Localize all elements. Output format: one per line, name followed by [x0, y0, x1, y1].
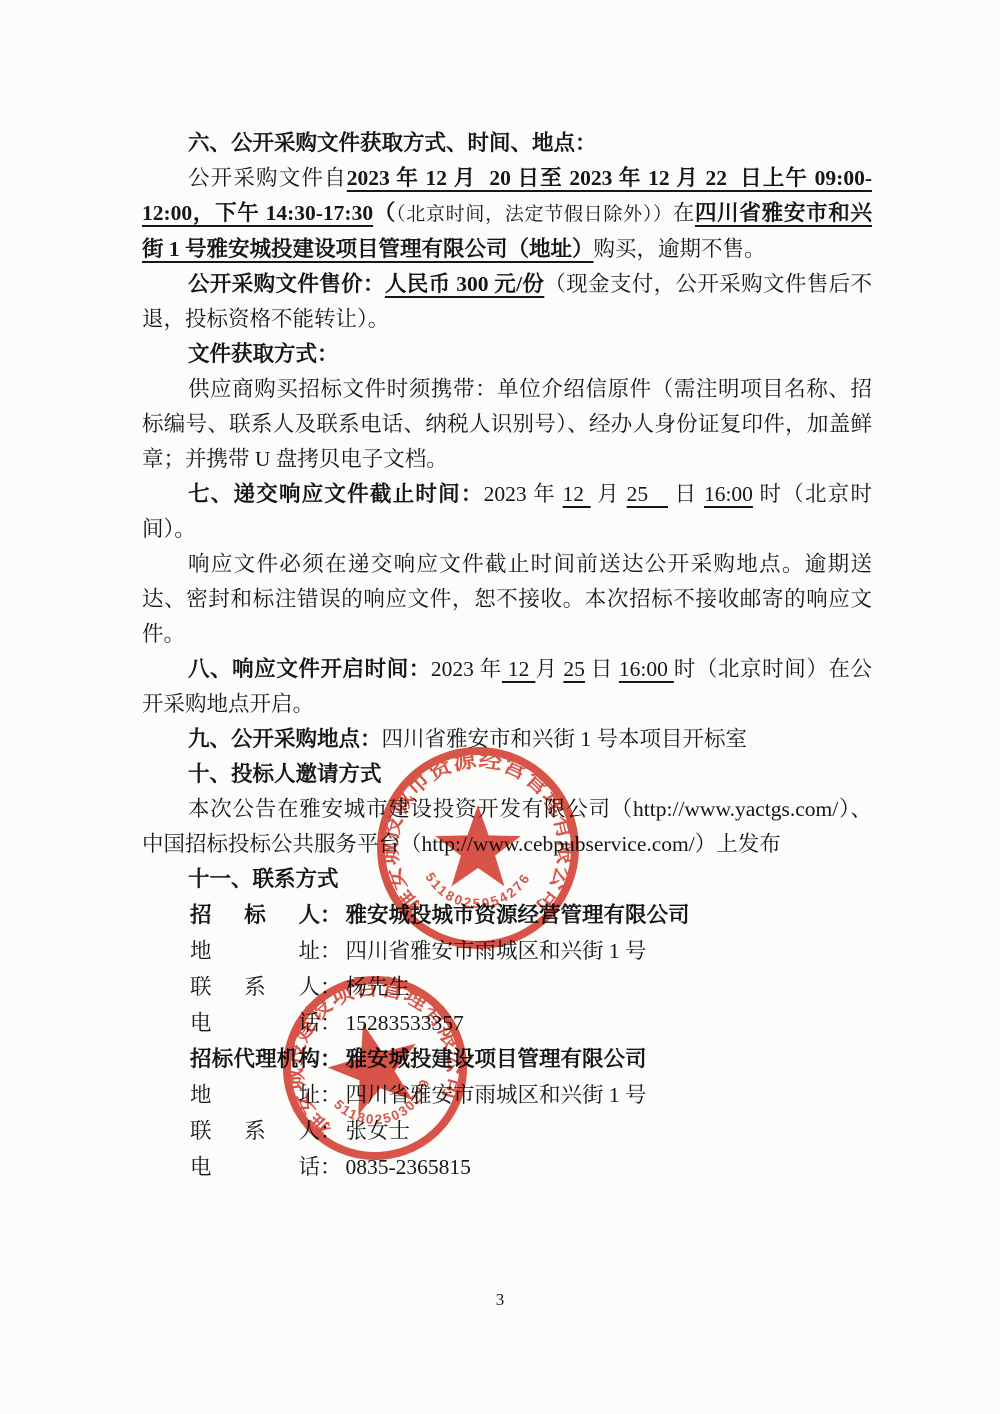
contact-label: 电话	[190, 1149, 320, 1185]
section-11-heading: 十一、联系方式	[142, 862, 872, 897]
contact-label: 电话	[190, 1005, 320, 1041]
s8-month-underlined: 12	[502, 657, 535, 681]
section-9-value: 四川省雅安市和兴街 1 号本项目开标室	[382, 727, 748, 751]
agency-address: 四川省雅安市雨城区和兴街 1 号	[346, 1083, 647, 1107]
s8-time-underlined: 16:00	[619, 657, 674, 681]
contact-colon: ：	[320, 1047, 342, 1071]
acquisition-prefix: 公开采购文件自	[188, 166, 347, 190]
contact-row-address-2: 地址：四川省雅安市雨城区和兴街 1 号	[142, 1077, 872, 1113]
section-10-paragraph-announcement: 本次公告在雅安城市建设投资开发有限公司（http://www.yactgs.co…	[142, 792, 872, 862]
file-method-heading: 文件获取方式：	[142, 337, 872, 372]
tenderer-phone: 15283533357	[346, 1011, 464, 1035]
agency-phone: 0835-2365815	[346, 1155, 471, 1179]
beijing-time-note: （北京时间，法定节假日除外））	[396, 204, 673, 225]
tenderer-name: 雅安城投城市资源经营管理有限公司	[346, 903, 690, 927]
contact-colon: ：	[320, 1083, 342, 1107]
zai-text: 在	[673, 201, 695, 225]
contact-row-agency: 招标代理机构：雅安城投建设项目管理有限公司	[142, 1041, 872, 1077]
s8-month-char: 月	[535, 657, 563, 681]
s7-day-underlined: 25	[627, 482, 668, 506]
price-label: 公开采购文件售价：	[188, 272, 385, 296]
contact-label: 招标人	[190, 897, 320, 933]
section-6-heading-text: 六、公开采购文件获取方式、时间、地点：	[188, 131, 597, 155]
contact-row-address-1: 地址：四川省雅安市雨城区和兴街 1 号	[142, 933, 872, 969]
tenderer-contact-person: 杨先生	[346, 975, 411, 999]
section-8-line: 八、响应文件开启时间：2023 年 12 月 25 日 16:00 时（北京时间…	[142, 652, 872, 722]
s8-day-char: 日	[585, 657, 619, 681]
section-9-line: 九、公开采购地点：四川省雅安市和兴街 1 号本项目开标室	[142, 722, 872, 757]
contact-colon: ：	[320, 1011, 342, 1035]
s7-time-underlined: 16:00	[704, 482, 753, 506]
section-8-label: 八、响应文件开启时间：	[188, 657, 431, 681]
s8-year: 2023 年	[431, 657, 502, 681]
contact-label: 联系人	[190, 969, 320, 1005]
section-6-heading: 六、公开采购文件获取方式、时间、地点：	[142, 126, 872, 161]
delivery-rules-text: 响应文件必须在递交响应文件截止时间前送达公开采购地点。逾期送达、密封和标注错误的…	[142, 552, 872, 646]
s8-day-underlined: 25	[563, 657, 585, 681]
agency-name: 雅安城投建设项目管理有限公司	[346, 1047, 647, 1071]
contact-row-person-2: 联系人：张女士	[142, 1113, 872, 1149]
section-7-label: 七、递交响应文件截止时间：	[188, 482, 484, 506]
page-number: 3	[0, 1290, 1000, 1310]
s7-day-char: 日	[668, 482, 704, 506]
document-body: 六、公开采购文件获取方式、时间、地点： 公开采购文件自2023 年 12 月 2…	[142, 126, 872, 1185]
contact-colon: ：	[320, 1119, 342, 1143]
section-7-paragraph-delivery: 响应文件必须在递交响应文件截止时间前送达公开采购地点。逾期送达、密封和标注错误的…	[142, 547, 872, 652]
contact-label: 招标代理机构	[190, 1041, 320, 1077]
file-method-heading-text: 文件获取方式：	[188, 342, 339, 366]
contact-row-phone-1: 电话：15283533357	[142, 1005, 872, 1041]
announcement-text: 本次公告在雅安城市建设投资开发有限公司（http://www.yactgs.co…	[142, 797, 872, 856]
paren-open: （	[373, 201, 396, 225]
contact-row-person-1: 联系人：杨先生	[142, 969, 872, 1005]
contact-colon: ：	[320, 939, 342, 963]
supplier-requirements-text: 供应商购买招标文件时须携带：单位介绍信原件（需注明项目名称、招标编号、联系人及联…	[142, 377, 872, 471]
section-6-paragraph-acquisition: 公开采购文件自2023 年 12 月 20 日至 2023 年 12 月 22 …	[142, 161, 872, 267]
s7-month-underlined: 12	[563, 482, 591, 506]
section-9-label: 九、公开采购地点：	[188, 727, 382, 751]
contact-label: 地址	[190, 933, 320, 969]
supplier-requirements-paragraph: 供应商购买招标文件时须携带：单位介绍信原件（需注明项目名称、招标编号、联系人及联…	[142, 372, 872, 477]
document-page: 六、公开采购文件获取方式、时间、地点： 公开采购文件自2023 年 12 月 2…	[0, 0, 1000, 1414]
contact-label: 联系人	[190, 1113, 320, 1149]
contact-label: 地址	[190, 1077, 320, 1113]
s7-month-char: 月	[591, 482, 627, 506]
contact-row-tenderer: 招标人：雅安城投城市资源经营管理有限公司	[142, 897, 872, 933]
section-7-line: 七、递交响应文件截止时间：2023 年 12 月 25 日 16:00 时（北京…	[142, 477, 872, 547]
agency-contact-person: 张女士	[346, 1119, 411, 1143]
contact-row-phone-2: 电话：0835-2365815	[142, 1149, 872, 1185]
contact-colon: ：	[320, 903, 342, 927]
section-11-heading-text: 十一、联系方式	[188, 867, 339, 891]
section-10-heading: 十、投标人邀请方式	[142, 757, 872, 792]
section-10-heading-text: 十、投标人邀请方式	[188, 762, 382, 786]
section-6-paragraph-price: 公开采购文件售价：人民币 300 元/份（现金支付，公开采购文件售后不退，投标资…	[142, 267, 872, 337]
contact-colon: ：	[320, 975, 342, 999]
acquisition-suffix: 购买，逾期不售。	[594, 237, 766, 261]
tenderer-address: 四川省雅安市雨城区和兴街 1 号	[346, 939, 647, 963]
contact-colon: ：	[320, 1155, 342, 1179]
s7-year: 2023 年	[484, 482, 563, 506]
price-value-underlined: 人民币 300 元/份	[385, 272, 544, 296]
